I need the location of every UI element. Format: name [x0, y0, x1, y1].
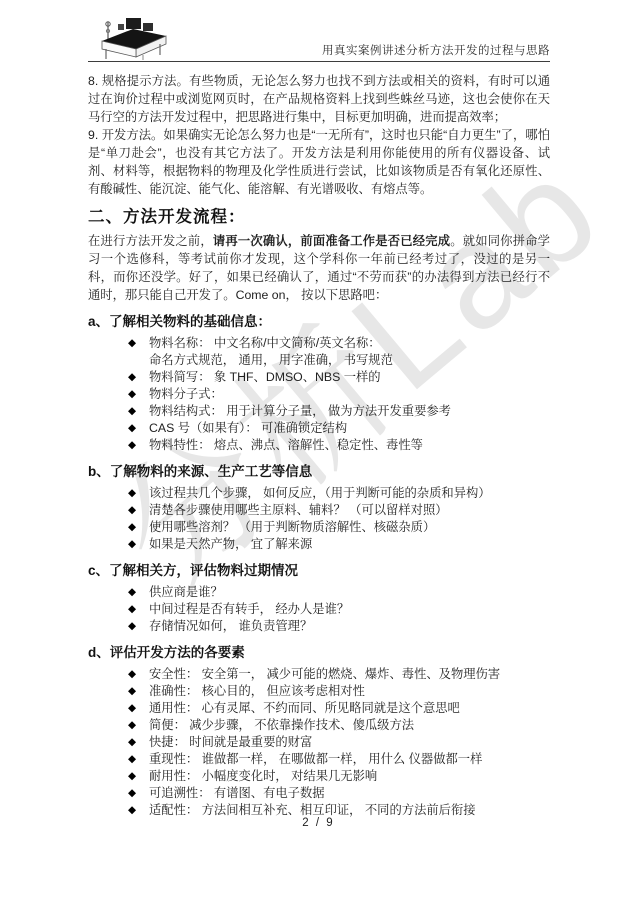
bullet-item: ◆ CAS 号（如果有）： 可准确锁定结构: [88, 420, 550, 437]
page-number: 2 / 9: [0, 817, 637, 829]
bullet-text: 物料特性： 熔点、沸点、溶解性、稳定性、毒性等: [149, 437, 550, 454]
diamond-bullet-icon: ◆: [128, 335, 149, 352]
bullet-text: 通用性： 心有灵犀、不约而同、所见略同就是这个意思吧: [149, 700, 550, 717]
bullet-item: ◆ 准确性： 核心目的， 但应该考虑相对性: [88, 683, 550, 700]
bullet-text: 清楚各步骤使用哪些主原料、辅料？ （可以留样对照）: [149, 502, 550, 519]
bullet-text: 物料分子式：: [149, 386, 550, 403]
diamond-bullet-icon: ◆: [128, 768, 149, 785]
diamond-bullet-icon: ◆: [128, 420, 149, 437]
bullet-item: ◆ 耐用性： 小幅度变化时， 对结果几无影响: [88, 768, 550, 785]
bullet-item: ◆ 中间过程是否有转手， 经办人是谁？: [88, 601, 550, 618]
lab-bench-logo: [96, 14, 170, 61]
bullet-list: ◆ 安全性： 安全第一， 减少可能的燃烧、爆炸、毒性、及物理伤害 ◆ 准确性： …: [88, 666, 550, 819]
intro-text-pre: 在进行方法开发之前，: [88, 234, 213, 248]
section-title: 二、方法开发流程：: [88, 206, 550, 228]
bullet-list: ◆ 该过程共几个步骤， 如何反应，（用于判断可能的杂质和异构） ◆ 清楚各步骤使…: [88, 485, 550, 553]
bullet-text: 重现性： 谁做都一样， 在哪做都一样， 用什么 仪器做都一样: [149, 751, 550, 768]
bullet-item: ◆ 安全性： 安全第一， 减少可能的燃烧、爆炸、毒性、及物理伤害: [88, 666, 550, 683]
diamond-bullet-icon: ◆: [128, 519, 149, 536]
bullet-text: 简便： 减少步骤， 不依靠操作技术、傻瓜级方法: [149, 717, 550, 734]
diamond-bullet-icon: ◆: [128, 683, 149, 700]
bullet-text: 存储情况如何， 谁负责管理？: [149, 618, 550, 635]
subsection-heading: d、评估开发方法的各要素: [88, 643, 550, 662]
subsection-heading: a、了解相关物料的基础信息：: [88, 312, 550, 331]
diamond-bullet-icon: ◆: [128, 386, 149, 403]
diamond-bullet-icon: ◆: [128, 485, 149, 502]
page-header: 用真实案例讲述分析方法开发的过程与思路: [88, 14, 550, 62]
diamond-bullet-icon: ◆: [128, 785, 149, 802]
bullet-text: 如果是天然产物， 宜了解来源: [149, 536, 550, 553]
bullet-item: ◆ 供应商是谁？: [88, 584, 550, 601]
bullet-text: 该过程共几个步骤， 如何反应，（用于判断可能的杂质和异构）: [149, 485, 550, 502]
subsection-list: a、了解相关物料的基础信息： ◆ 物料名称： 中文名称/中文简称/英文名称： 命…: [88, 312, 550, 819]
diamond-bullet-icon: ◆: [128, 717, 149, 734]
bullet-text: 快捷： 时间就是最重要的财富: [149, 734, 550, 751]
diamond-bullet-icon: ◆: [128, 584, 149, 601]
bullet-text: 准确性： 核心目的， 但应该考虑相对性: [149, 683, 550, 700]
subsection: a、了解相关物料的基础信息： ◆ 物料名称： 中文名称/中文简称/英文名称： 命…: [88, 312, 550, 454]
diamond-bullet-icon: ◆: [128, 601, 149, 618]
diamond-bullet-icon: ◆: [128, 700, 149, 717]
bullet-item: ◆ 物料分子式：: [88, 386, 550, 403]
bullet-text: 使用哪些溶剂？ （用于判断物质溶解性、核磁杂质）: [149, 519, 550, 536]
document-page: 分析Lab 用真实案例讲述分析方法开发的过程与思路 8. 规格提示方法。有些物质…: [0, 0, 637, 900]
diamond-bullet-icon: ◆: [128, 502, 149, 519]
bullet-text: 耐用性： 小幅度变化时， 对结果几无影响: [149, 768, 550, 785]
header-title: 用真实案例讲述分析方法开发的过程与思路: [322, 42, 550, 58]
paragraph: 8. 规格提示方法。有些物质，无论怎么努力也找不到方法或相关的资料，有时可以通过…: [88, 72, 550, 126]
intro-text-bold: 请再一次确认，前面准备工作是否已经完成: [213, 234, 450, 248]
bullet-list: ◆ 供应商是谁？ ◆ 中间过程是否有转手， 经办人是谁？ ◆ 存储情况如何， 谁…: [88, 584, 550, 635]
bullet-list: ◆ 物料名称： 中文名称/中文简称/英文名称： 命名方式规范， 通用， 用字准确…: [88, 335, 550, 454]
bullet-item: ◆ 如果是天然产物， 宜了解来源: [88, 536, 550, 553]
diamond-bullet-icon: ◆: [128, 369, 149, 386]
diamond-bullet-icon: ◆: [128, 666, 149, 683]
diamond-bullet-icon: ◆: [128, 734, 149, 751]
bullet-item: ◆ 物料名称： 中文名称/中文简称/英文名称：: [88, 335, 550, 352]
bullet-item: ◆ 快捷： 时间就是最重要的财富: [88, 734, 550, 751]
bullet-text: 物料结构式： 用于计算分子量， 做为方法开发重要参考: [149, 403, 550, 420]
bullet-text: 安全性： 安全第一， 减少可能的燃烧、爆炸、毒性、及物理伤害: [149, 666, 550, 683]
diamond-bullet-icon: ◆: [128, 751, 149, 768]
bullet-item: ◆ 清楚各步骤使用哪些主原料、辅料？ （可以留样对照）: [88, 502, 550, 519]
bullet-item: ◆ 使用哪些溶剂？ （用于判断物质溶解性、核磁杂质）: [88, 519, 550, 536]
bullet-item: ◆ 重现性： 谁做都一样， 在哪做都一样， 用什么 仪器做都一样: [88, 751, 550, 768]
bullet-text: CAS 号（如果有）： 可准确锁定结构: [149, 420, 550, 437]
bullet-text: 物料名称： 中文名称/中文简称/英文名称：: [149, 335, 550, 352]
diamond-bullet-icon: ◆: [128, 536, 149, 553]
bullet-item: ◆ 物料结构式： 用于计算分子量， 做为方法开发重要参考: [88, 403, 550, 420]
bullet-text: 可追溯性： 有谱图、有电子数据: [149, 785, 550, 802]
subsection: c、了解相关方，评估物料过期情况 ◆ 供应商是谁？ ◆ 中间过程是否有转手， 经…: [88, 561, 550, 635]
section-intro: 在进行方法开发之前，请再一次确认，前面准备工作是否已经完成。就如同你拼命学习一个…: [88, 232, 550, 304]
paragraph: 9. 开发方法。如果确实无论怎么努力也是“一无所有”，这时也只能“自力更生”了，…: [88, 126, 550, 198]
diamond-bullet-icon: ◆: [128, 403, 149, 420]
bullet-item: ◆ 物料简写： 象 THF、DMSO、NBS 一样的: [88, 369, 550, 386]
subsection-heading: b、了解物料的来源、生产工艺等信息: [88, 462, 550, 481]
bullet-continuation-text: 命名方式规范， 通用， 用字准确， 书写规范: [88, 352, 550, 369]
subsection: b、了解物料的来源、生产工艺等信息 ◆ 该过程共几个步骤， 如何反应，（用于判断…: [88, 462, 550, 553]
document-content: 8. 规格提示方法。有些物质，无论怎么努力也找不到方法或相关的资料，有时可以通过…: [88, 72, 550, 819]
numbered-paragraphs: 8. 规格提示方法。有些物质，无论怎么努力也找不到方法或相关的资料，有时可以通过…: [88, 72, 550, 198]
diamond-bullet-icon: ◆: [128, 437, 149, 454]
bullet-item: ◆ 该过程共几个步骤， 如何反应，（用于判断可能的杂质和异构）: [88, 485, 550, 502]
bullet-item: ◆ 简便： 减少步骤， 不依靠操作技术、傻瓜级方法: [88, 717, 550, 734]
bullet-item: ◆ 物料特性： 熔点、沸点、溶解性、稳定性、毒性等: [88, 437, 550, 454]
bullet-item: ◆ 可追溯性： 有谱图、有电子数据: [88, 785, 550, 802]
bullet-item: ◆ 通用性： 心有灵犀、不约而同、所见略同就是这个意思吧: [88, 700, 550, 717]
bullet-text: 供应商是谁？: [149, 584, 550, 601]
subsection: d、评估开发方法的各要素 ◆ 安全性： 安全第一， 减少可能的燃烧、爆炸、毒性、…: [88, 643, 550, 819]
diamond-bullet-icon: ◆: [128, 618, 149, 635]
subsection-heading: c、了解相关方，评估物料过期情况: [88, 561, 550, 580]
bullet-text: 中间过程是否有转手， 经办人是谁？: [149, 601, 550, 618]
bullet-item: ◆ 存储情况如何， 谁负责管理？: [88, 618, 550, 635]
bullet-text: 物料简写： 象 THF、DMSO、NBS 一样的: [149, 369, 550, 386]
